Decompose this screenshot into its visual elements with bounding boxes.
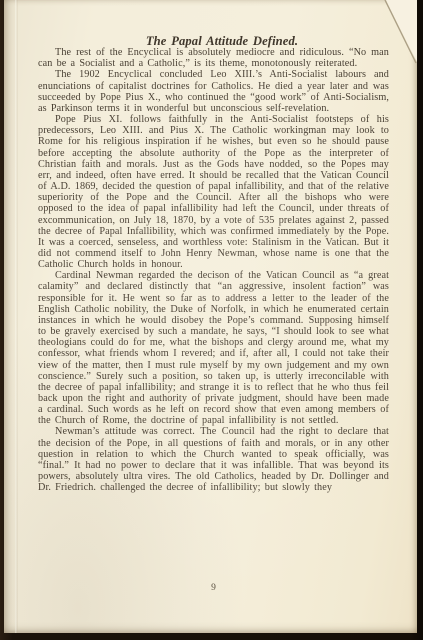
- binding-crease: [15, 0, 18, 633]
- paragraph-1: The rest of the Encyclical is absolutely…: [38, 47, 389, 69]
- page-title: The Papal Attitude Defined.: [38, 36, 389, 47]
- paragraph-5: Newman’s attitude was correct. The Counc…: [38, 426, 389, 493]
- scanned-book-photo: The Papal Attitude Defined. The rest of …: [0, 0, 423, 640]
- paragraph-3: Pope Pius XI. follows faithfully in the …: [38, 114, 389, 270]
- book-page: The Papal Attitude Defined. The rest of …: [4, 0, 417, 633]
- page-number: 9: [38, 583, 389, 593]
- page-text-block: The Papal Attitude Defined. The rest of …: [38, 36, 389, 493]
- paragraph-4: Cardinal Newman regarded the decison of …: [38, 270, 389, 426]
- paragraph-2: The 1902 Encyclical concluded Leo XIII.’…: [38, 69, 389, 114]
